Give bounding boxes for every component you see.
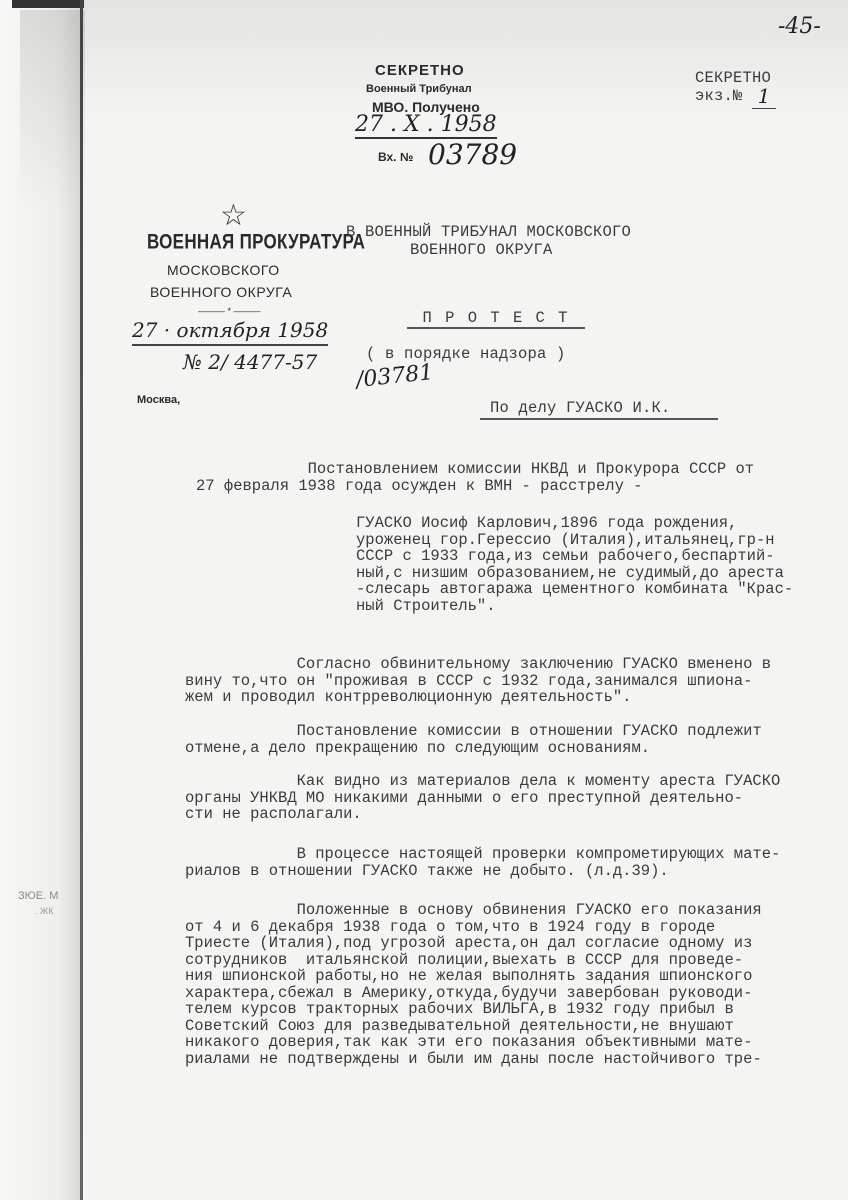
text-line: сти не располагали. xyxy=(185,806,780,823)
text-line: Постановление комиссии в отношении ГУАСК… xyxy=(185,723,762,740)
text-line: Советский Союз для разведывательной деят… xyxy=(185,1018,762,1035)
incoming-stamp-date: 27 . Х . 1958 xyxy=(355,112,497,139)
text-line: телем курсов тракторных рабочих ВИЛЬГА,в… xyxy=(185,1001,762,1018)
text-line: Постановлением комиссии НКВД и Прокурора… xyxy=(196,461,754,478)
text-line: -слесарь автогаража цементного комбината… xyxy=(356,581,793,598)
sender-stamp-city: Москва, xyxy=(137,394,180,406)
text-line: ный,с низшим образованием,не судимый,до … xyxy=(356,565,793,582)
margin-bleed-line2: . ЖК xyxy=(35,906,54,916)
binding-line xyxy=(80,0,83,1200)
text-line: вину то,что он "проживая в СССР с 1932 г… xyxy=(185,673,771,690)
text-line: Согласно обвинительному заключению ГУАСК… xyxy=(185,656,771,673)
star-icon: ☆ xyxy=(220,198,247,233)
sender-stamp-title: ВОЕННАЯ ПРОКУРАТУРА xyxy=(147,230,365,255)
text-line: жем и проводил контрреволюционную деятел… xyxy=(185,689,771,706)
text-line: риалов в отношении ГУАСКО также не добыт… xyxy=(185,863,780,880)
text-line: Как видно из материалов дела к моменту а… xyxy=(185,773,780,790)
document-title: П Р О Т Е С Т xyxy=(407,310,585,329)
text-line: никакого доверия,так как эти его показан… xyxy=(185,1034,762,1051)
addressee-line2: ВОЕННОГО ОКРУГА xyxy=(410,242,553,258)
text-line: ния шпионской работы,но не желая выполня… xyxy=(185,968,762,985)
sender-stamp-separator: ——— * ——— xyxy=(198,306,261,316)
text-line: 27 февраля 1938 года осужден к ВМН - рас… xyxy=(196,478,754,495)
paragraph-no-evidence: Как видно из материалов дела к моменту а… xyxy=(185,773,780,823)
paragraph-verification: В процессе настоящей проверки компромети… xyxy=(185,846,780,879)
copy-label: экз.№ xyxy=(695,88,743,104)
case-reference: По делу ГУАСКО И.К. xyxy=(480,400,718,420)
sender-stamp-date: 27 · октября 1958 xyxy=(132,318,328,342)
text-line: уроженец гор.Гересcио (Италия),итальянец… xyxy=(356,532,793,549)
text-line: сотрудников итальянской полиции,выехать … xyxy=(185,952,762,969)
margin-bleed-line1: ЗЮЕ. М xyxy=(18,890,58,902)
text-line: ГУАСКО Иосиф Карлович,1896 года рождения… xyxy=(356,515,793,532)
paragraph-defendant: ГУАСКО Иосиф Карлович,1896 года рождения… xyxy=(356,515,793,614)
sender-date-text: 27 · октября 1958 xyxy=(132,318,328,346)
text-line: В процессе настоящей проверки компромети… xyxy=(185,846,780,863)
sender-stamp-line2: МОСКОВСКОГО xyxy=(167,262,280,278)
addressee-line1: В ВОЕННЫЙ ТРИБУНАЛ МОСКОВСКОГО xyxy=(346,224,631,240)
handwritten-number: /03781 xyxy=(355,360,435,393)
document-subtitle: ( в порядке надзора ) xyxy=(366,346,566,362)
incoming-stamp-secret: СЕКРЕТНО xyxy=(375,62,465,79)
incoming-stamp-number: 03789 xyxy=(428,138,517,171)
text-line: Положенные в основу обвинения ГУАСКО его… xyxy=(185,902,762,919)
scan-shadow-left xyxy=(20,10,85,210)
incoming-stamp-org: Военный Трибунал xyxy=(366,83,472,95)
paragraph-cancellation: Постановление комиссии в отношении ГУАСК… xyxy=(185,723,762,756)
text-line: риалами не подтверждены и были им даны п… xyxy=(185,1051,762,1068)
text-line: органы УНКВД МО никакими данными о его п… xyxy=(185,790,780,807)
text-line: СССР с 1933 года,из семьи рабочего,беспа… xyxy=(356,548,793,565)
text-line: отмене,а дело прекращению по следующим о… xyxy=(185,740,762,757)
page-number: -45- xyxy=(778,14,821,39)
text-line: характера,сбежал в Америку,откуда,будучи… xyxy=(185,985,762,1002)
incoming-stamp-number-prefix: Вх. № xyxy=(378,150,413,164)
sender-stamp-number: № 2/ 4477-57 xyxy=(183,350,317,374)
paragraph-testimony: Положенные в основу обвинения ГУАСКО его… xyxy=(185,902,762,1067)
text-line: ный Строитель". xyxy=(356,598,793,615)
paragraph-verdict: Постановлением комиссии НКВД и Прокурора… xyxy=(196,461,754,494)
document-page: -45- СЕКРЕТНО экз.№ 1 СЕКРЕТНО Военный Т… xyxy=(0,0,848,1200)
folder-edge xyxy=(12,0,84,8)
text-line: Триесте (Италия),под угрозой ареста,он д… xyxy=(185,935,762,952)
copy-number: 1 xyxy=(752,84,776,109)
sender-stamp-line3: ВОЕННОГО ОКРУГА xyxy=(150,284,292,300)
paragraph-accusation: Согласно обвинительному заключению ГУАСК… xyxy=(185,656,771,706)
text-line: от 4 и 6 декабря 1938 года о том,что в 1… xyxy=(185,919,762,936)
